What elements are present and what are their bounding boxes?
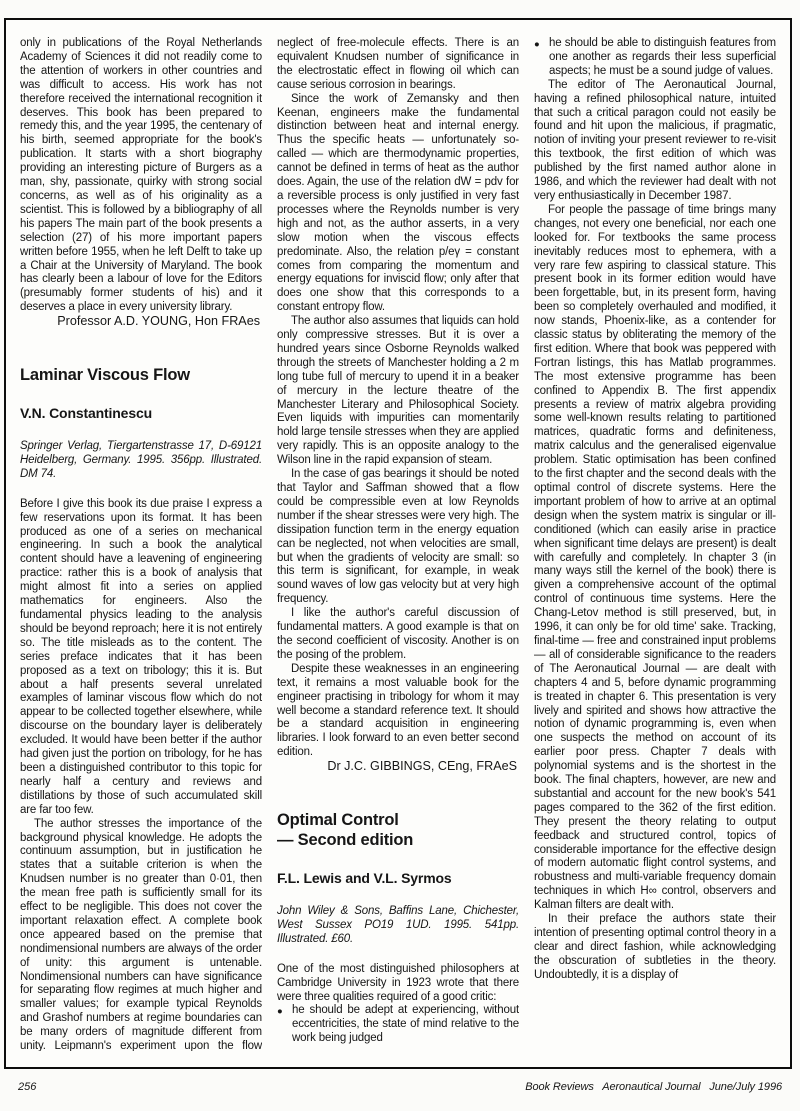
paragraph: neglect of free-molecule effects. There …: [277, 37, 519, 93]
paragraph: The author stresses the importance of th…: [20, 818, 262, 1051]
page-border: only in publications of the Royal Nether…: [4, 18, 792, 1069]
paragraph: Since the work of Zemansky and then Keen…: [277, 93, 519, 316]
bullet-item: ●he should be able to distinguish featur…: [534, 37, 776, 79]
bullet-item: ●he should be adept at experiencing, wit…: [277, 1004, 519, 1046]
publication-details: John Wiley & Sons, Baffins Lane, Chiches…: [277, 905, 519, 947]
paragraph: For people the passage of time brings ma…: [534, 204, 776, 913]
paragraph: In the case of gas bearings it should be…: [277, 468, 519, 607]
bullet-text: he should be adept at experiencing, with…: [292, 1004, 519, 1046]
column-1: only in publications of the Royal Nether…: [20, 37, 262, 1051]
column-2: neglect of free-molecule effects. There …: [277, 37, 519, 1051]
column-3: ●he should be able to distinguish featur…: [534, 37, 776, 1051]
paragraph: In their preface the authors state their…: [534, 913, 776, 983]
paragraph: only in publications of the Royal Nether…: [20, 37, 262, 315]
bullet-icon: ●: [277, 1004, 292, 1018]
review-author: F.L. Lewis and V.L. Syrmos: [277, 870, 519, 887]
paragraph: Despite these weaknesses in an engineeri…: [277, 663, 519, 760]
review-author: V.N. Constantinescu: [20, 405, 262, 422]
bullet-text: he should be able to distinguish feature…: [549, 37, 776, 79]
footer-journal-info: Book Reviews Aeronautical Journal June/J…: [525, 1081, 782, 1093]
page-footer: 256 Book Reviews Aeronautical Journal Ju…: [18, 1081, 782, 1093]
paragraph: The editor of The Aeronautical Journal, …: [534, 79, 776, 204]
review-title: Laminar Viscous Flow: [20, 365, 262, 385]
paragraph: The author also assumes that liquids can…: [277, 315, 519, 468]
bullet-icon: ●: [534, 37, 549, 51]
paragraph: I like the author's careful discussion o…: [277, 607, 519, 663]
paragraph: Before I give this book its due praise I…: [20, 498, 262, 818]
reviewer-signature: Dr J.C. GIBBINGS, CEng, FRAeS: [277, 760, 519, 774]
reviewer-signature: Professor A.D. YOUNG, Hon FRAes: [20, 315, 262, 329]
paragraph: One of the most distinguished philosophe…: [277, 963, 519, 1005]
publication-details: Springer Verlag, Tiergartenstrasse 17, D…: [20, 440, 262, 482]
review-title: Optimal Control — Second edition: [277, 810, 519, 850]
footer-page-number: 256: [18, 1081, 36, 1093]
